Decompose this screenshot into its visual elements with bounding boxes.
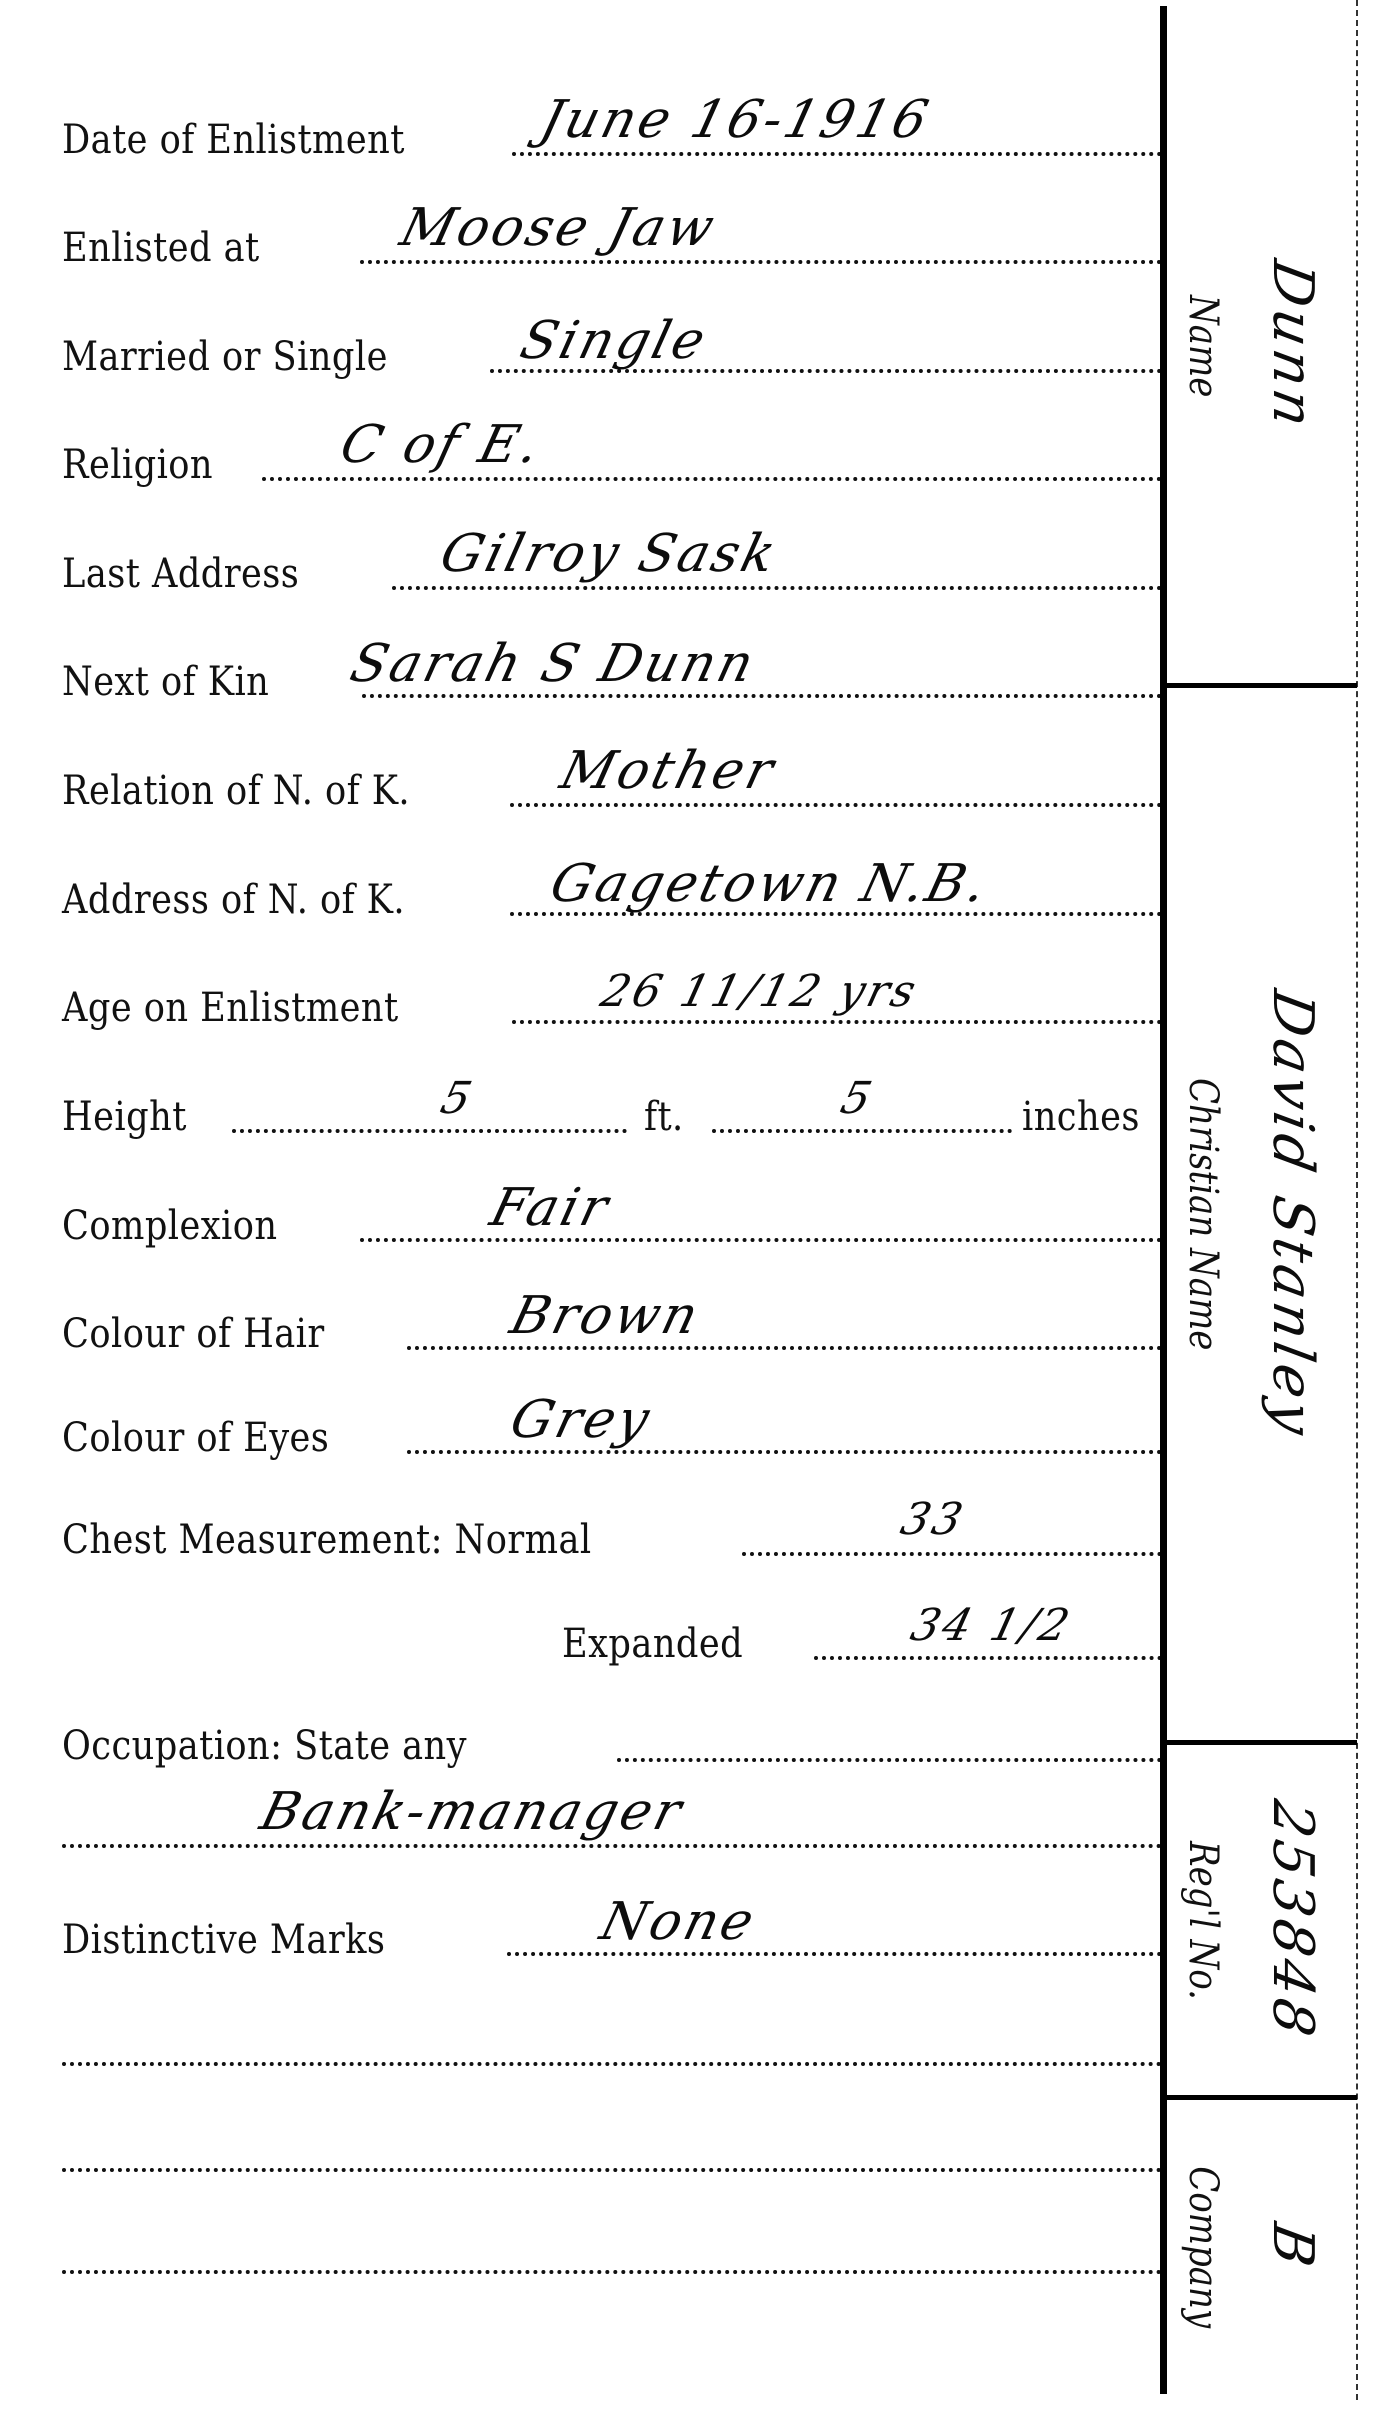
- colour-of-hair-value: Brown: [506, 1290, 706, 1342]
- dotted-line: [407, 1346, 1162, 1350]
- dotted-line: [232, 1129, 627, 1133]
- address-of-nok-value: Gagetown N.B.: [546, 858, 995, 910]
- date-of-enlistment-value: June 16-1916: [536, 94, 936, 146]
- name-cell: Name Dunn: [1167, 6, 1357, 686]
- religion-label: Religion: [62, 445, 213, 485]
- dotted-line: [617, 1758, 1162, 1762]
- attestation-card: Date of Enlistment June 16-1916 Enlisted…: [0, 0, 1383, 2421]
- height-inches-value: 5: [836, 1073, 880, 1125]
- dotted-line: [360, 260, 1162, 264]
- row-date-of-enlistment: Date of Enlistment June 16-1916: [62, 100, 1162, 160]
- dotted-line: [814, 1656, 1162, 1660]
- age-on-enlistment-label: Age on Enlistment: [62, 988, 399, 1028]
- enlisted-at-label: Enlisted at: [62, 228, 260, 268]
- chest-normal-value: 33: [896, 1494, 971, 1546]
- row-last-address: Last Address Gilroy Sask: [62, 534, 1162, 594]
- dotted-line: [512, 152, 1162, 156]
- enlisted-at-value: Moose Jaw: [396, 202, 722, 254]
- dotted-line: [712, 1129, 1012, 1133]
- occupation-label: Occupation: State any: [62, 1726, 467, 1766]
- feet-unit-label: ft.: [644, 1097, 684, 1137]
- row-next-of-kin: Next of Kin Sarah S Dunn: [62, 642, 1162, 702]
- row-age-on-enlistment: Age on Enlistment 26 11/12 yrs: [62, 968, 1162, 1028]
- dotted-line: [742, 1552, 1162, 1556]
- last-address-value: Gilroy Sask: [436, 528, 784, 580]
- relation-of-nok-value: Mother: [556, 745, 782, 797]
- name-label: Name: [1183, 295, 1223, 397]
- colour-of-hair-label: Colour of Hair: [62, 1314, 325, 1354]
- height-feet-value: 5: [436, 1073, 480, 1125]
- row-blank-2: [62, 2116, 1162, 2176]
- relation-of-nok-label: Relation of N. of K.: [62, 771, 410, 811]
- company-value: B: [1260, 2219, 1325, 2276]
- christian-name-cell: Christian Name David Stanley: [1167, 688, 1357, 1740]
- row-blank-3: [62, 2218, 1162, 2278]
- company-cell: Company B: [1167, 2100, 1357, 2394]
- distinctive-marks-value: None: [596, 1896, 762, 1948]
- last-address-label: Last Address: [62, 554, 299, 594]
- dotted-line: [512, 1020, 1162, 1024]
- inches-unit-label: inches: [1022, 1097, 1140, 1137]
- row-colour-of-eyes: Colour of Eyes Grey: [62, 1398, 1162, 1458]
- next-of-kin-value: Sarah S Dunn: [346, 638, 762, 690]
- row-occupation: Occupation: State any: [62, 1706, 1162, 1766]
- row-distinctive-marks: Distinctive Marks None: [62, 1900, 1162, 1960]
- row-colour-of-hair: Colour of Hair Brown: [62, 1294, 1162, 1354]
- dotted-line: [407, 1450, 1162, 1454]
- company-label: Company: [1183, 2166, 1223, 2328]
- date-of-enlistment-label: Date of Enlistment: [62, 120, 405, 160]
- dotted-line: [507, 1952, 1162, 1956]
- age-on-enlistment-value: 26 11/12 yrs: [596, 966, 924, 1018]
- married-or-single-value: Single: [516, 315, 713, 367]
- dotted-line: [392, 586, 1162, 590]
- christian-name-label: Christian Name: [1183, 1078, 1223, 1350]
- row-occupation-value: Bank-manager: [62, 1792, 1162, 1852]
- dotted-line: [62, 2168, 1162, 2172]
- christian-name-value: David Stanley: [1260, 985, 1325, 1443]
- colour-of-eyes-label: Colour of Eyes: [62, 1418, 329, 1458]
- row-chest-expanded: Expanded 34 1/2: [62, 1604, 1162, 1664]
- row-religion: Religion C of E.: [62, 425, 1162, 485]
- married-or-single-label: Married or Single: [62, 337, 388, 377]
- regimental-no-cell: Reg'l No. 253848: [1167, 1745, 1357, 2095]
- regimental-no-label: Reg'l No.: [1183, 1841, 1223, 2000]
- name-value: Dunn: [1260, 256, 1325, 437]
- dotted-line: [362, 694, 1162, 698]
- chest-expanded-label: Expanded: [562, 1624, 743, 1664]
- colour-of-eyes-value: Grey: [506, 1394, 658, 1446]
- vertical-rule: [1160, 6, 1167, 2394]
- row-blank-1: [62, 2010, 1162, 2070]
- complexion-label: Complexion: [62, 1206, 278, 1246]
- row-height: Height 5 ft. 5 inches: [62, 1077, 1162, 1137]
- chest-expanded-value: 34 1/2: [906, 1600, 1078, 1652]
- religion-value: C of E.: [336, 419, 548, 471]
- row-married-or-single: Married or Single Single: [62, 317, 1162, 377]
- occupation-value: Bank-manager: [256, 1786, 690, 1838]
- complexion-value: Fair: [486, 1182, 616, 1234]
- next-of-kin-label: Next of Kin: [62, 662, 269, 702]
- dotted-line: [510, 803, 1162, 807]
- row-address-of-nok: Address of N. of K. Gagetown N.B.: [62, 860, 1162, 920]
- row-enlisted-at: Enlisted at Moose Jaw: [62, 208, 1162, 268]
- dotted-line: [62, 2270, 1162, 2274]
- row-complexion: Complexion Fair: [62, 1186, 1162, 1246]
- address-of-nok-label: Address of N. of K.: [62, 880, 405, 920]
- chest-measurement-label: Chest Measurement: Normal: [62, 1520, 592, 1560]
- regimental-no-value: 253848: [1260, 1795, 1325, 2044]
- dotted-line: [62, 1844, 1162, 1848]
- height-label: Height: [62, 1097, 187, 1137]
- dotted-line: [360, 1238, 1162, 1242]
- dotted-line: [262, 477, 1162, 481]
- dotted-line: [62, 2062, 1162, 2066]
- distinctive-marks-label: Distinctive Marks: [62, 1920, 385, 1960]
- row-chest-normal: Chest Measurement: Normal 33: [62, 1500, 1162, 1560]
- row-relation-of-nok: Relation of N. of K. Mother: [62, 751, 1162, 811]
